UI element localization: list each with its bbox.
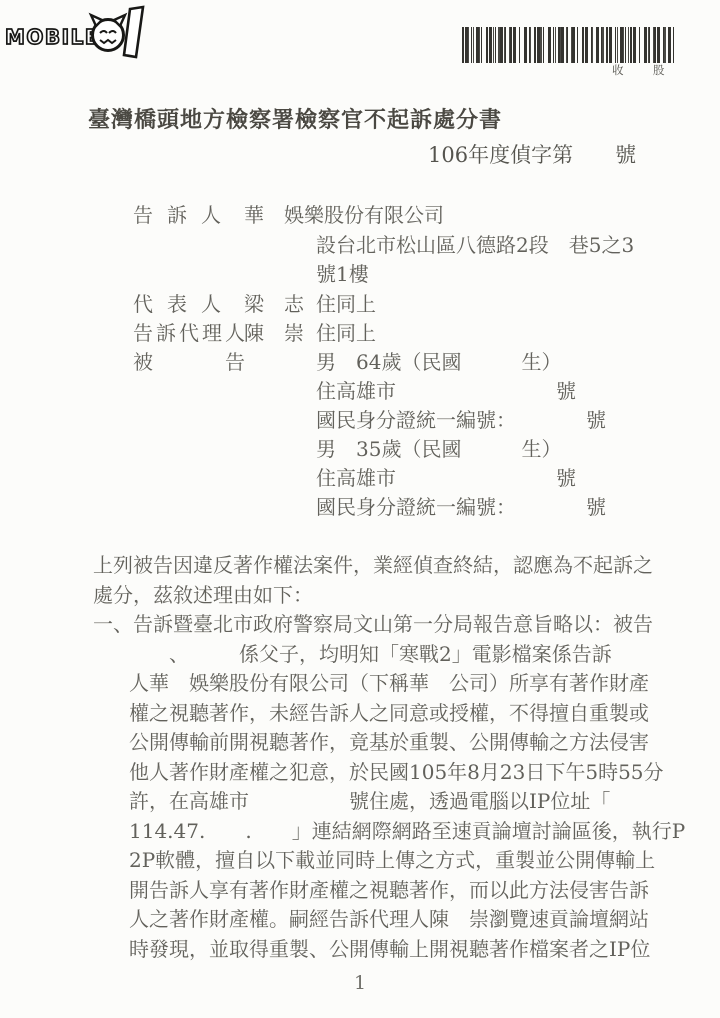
party-row: 被告 男 64歲（民國 生） (0, 346, 720, 373)
party-row: 國民身分證統一編號： 號 (0, 491, 720, 518)
mobile01-logo: MOBILE (4, 5, 154, 59)
party-name: 梁 志 (244, 288, 304, 317)
party-label: 被告 (133, 346, 317, 375)
body-line: 114.47. . 」連結網際網路至速貢論壇討論區後，執行P (129, 818, 685, 844)
party-row: 設台北市松山區八德路2段 巷5之3 (0, 229, 720, 256)
barcode (462, 27, 676, 63)
party-detail: 國民身分證統一編號： 號 (316, 404, 606, 433)
stamp-label: 收 股 (612, 62, 674, 78)
party-detail: 住高雄市 號 (316, 462, 576, 491)
party-name: 陳 崇 (244, 317, 304, 346)
party-detail: 設台北市松山區八德路2段 巷5之3 (316, 229, 634, 258)
document-title: 臺灣橋頭地方檢察署檢察官不起訴處分書 (88, 103, 502, 134)
body-line: 上列被告因違反著作權法案件，業經偵查終結，認應為不起訴之 (93, 552, 653, 578)
body-line: 時發現，並取得重製、公開傳輸上開視聽著作檔案者之IP位 (129, 936, 650, 962)
page-number: 1 (0, 972, 720, 994)
party-row: 號1樓 (0, 258, 720, 285)
body-line: 、 係父子，均明知「寒戰2」電影檔案係告訴 (129, 641, 612, 667)
party-row: 告訴人 華 娛樂股份有限公司 (0, 199, 720, 226)
document-page: MOBILE 收 股 臺灣橋頭地方檢察署檢察官不起訴處分書 106年度偵字第 號… (0, 0, 720, 1018)
party-detail: 住同上 (316, 317, 376, 346)
party-detail: 國民身分證統一編號： 號 (316, 491, 606, 520)
body-line: 開告訴人享有著作財產權之視聽著作，而以此方法侵害告訴 (129, 877, 649, 903)
party-label: 告訴代理人 (133, 317, 248, 346)
party-row: 國民身分證統一編號： 號 (0, 404, 720, 431)
party-detail: 男 35歲（民國 生） (316, 433, 561, 462)
party-row: 告訴代理人 陳 崇 住同上 (0, 317, 720, 344)
party-detail: 號1樓 (316, 258, 369, 287)
party-row: 男 35歲（民國 生） (0, 433, 720, 460)
party-row: 代表人 梁 志 住同上 (0, 288, 720, 315)
body-line: 許，在高雄市 號住處，透過電腦以IP位址「 (129, 788, 610, 814)
body-line: 一、告訴暨臺北市政府警察局文山第一分局報告意旨略以：被告 (93, 611, 653, 637)
party-row: 住高雄市 號 (0, 375, 720, 402)
party-detail: 住高雄市 號 (316, 375, 576, 404)
body-line: 權之視聽著作，未經告訴人之同意或授權，不得擅自重製或 (129, 700, 649, 726)
party-row: 住高雄市 號 (0, 462, 720, 489)
party-detail: 男 64歲（民國 生） (316, 346, 561, 375)
body-line: 公開傳輸前開視聽著作，竟基於重製、公開傳輸之方法侵害 (129, 729, 649, 755)
body-line: 2P軟體，擅自以下載並同時上傳之方式，重製並公開傳輸上 (129, 847, 655, 873)
body-line: 處分，茲敘述理由如下： (93, 582, 313, 608)
devil-face-icon (91, 15, 125, 51)
body-line: 人之著作財產權。嗣經告訴代理人陳 崇瀏覽速貢論壇網站 (129, 906, 649, 932)
party-label: 代表人 (133, 288, 235, 317)
party-label: 告訴人 (133, 199, 235, 228)
case-number: 106年度偵字第 號 (428, 139, 636, 169)
party-name: 華 娛樂股份有限公司 (244, 199, 444, 228)
logo-numeral-1 (124, 7, 143, 57)
body-line: 他人著作財產權之犯意，於民國105年8月23日下午5時55分 (129, 759, 664, 785)
body-line: 人華 娛樂股份有限公司（下稱華 公司）所享有著作財產 (129, 670, 649, 696)
logo-letters: MOBILE (5, 25, 100, 49)
party-detail: 住同上 (316, 288, 376, 317)
